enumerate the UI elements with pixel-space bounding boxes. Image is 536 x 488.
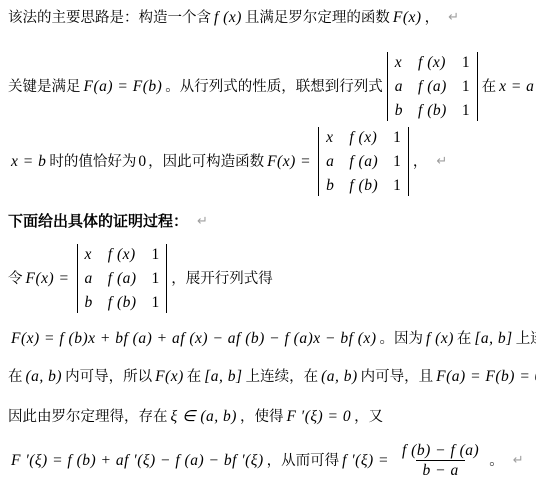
det-cell: f (b) xyxy=(108,294,137,311)
math-run: [a, b] xyxy=(204,367,242,387)
text-run: ，使得 xyxy=(240,407,284,427)
paragraph-key-condition: 关键是满足 F(a) = F(b) 。从行列式的性质，联想到行列式 x f (x… xyxy=(8,52,530,121)
det-cell: 1 xyxy=(462,78,470,95)
det-cell: x xyxy=(85,246,93,263)
paragraph-rolle-application: 因此由罗尔定理得，存在 ξ ∈ (a, b) ，使得 F ′(ξ) = 0 ，又 xyxy=(8,407,530,427)
det-cell: 1 xyxy=(462,54,470,71)
det-cell: 1 xyxy=(393,153,401,170)
math-run: F(x) = xyxy=(267,152,311,172)
fraction-denominator: b − a xyxy=(416,460,464,480)
text-run: 在 xyxy=(8,367,23,387)
paragraph-mark-icon: ↵ xyxy=(197,212,208,232)
det-cell: x xyxy=(326,129,334,146)
paragraph-mark-icon: ↵ xyxy=(448,8,459,28)
det-cell: f (b) xyxy=(349,177,378,194)
math-number: 0 xyxy=(138,152,146,172)
det-cell: 1 xyxy=(393,177,401,194)
det-cell: 1 xyxy=(152,294,160,311)
text-run: 时的值恰好为 xyxy=(49,152,136,172)
det-cell: a xyxy=(326,153,334,170)
math-run: f (x) xyxy=(426,329,454,349)
math-run: F(x) = xyxy=(26,269,70,289)
math-run: (a, b) xyxy=(321,367,358,387)
det-cell: a xyxy=(395,78,403,95)
det-cell: b xyxy=(85,294,93,311)
determinant-matrix: x f (x) 1 a f (a) 1 b f (b) 1 xyxy=(77,244,168,313)
text-run: 。 xyxy=(489,451,504,471)
fraction: f (b) − f (a) b − a xyxy=(396,441,485,480)
text-run: ，因此可构造函数 xyxy=(148,152,264,172)
determinant-matrix: x f (x) 1 a f (a) 1 b f (b) 1 xyxy=(318,127,409,196)
math-run: x = a xyxy=(499,77,534,97)
math-run: ξ ∈ (a, b) xyxy=(171,407,237,427)
paragraph-construct-function: x = b 时的值恰好为 0 ，因此可构造函数 F(x) = x f (x) 1… xyxy=(8,127,530,196)
paragraph-continuity: 在 (a, b) 内可导，所以 F(x) 在 [a, b] 上连续，在 (a, … xyxy=(8,367,530,387)
math-run: (a, b) xyxy=(26,367,63,387)
text-run: 。因为 xyxy=(379,329,423,349)
text-run: ， xyxy=(425,8,440,28)
det-cell: f (x) xyxy=(418,54,447,71)
paragraph-intro: 该法的主要思路是：构造一个含 f (x) 且满足罗尔定理的函数 F(x) ， ↵ xyxy=(8,8,530,28)
text-run: 在 xyxy=(482,77,497,97)
det-cell: 1 xyxy=(152,246,160,263)
text-run: 因此由罗尔定理得，存在 xyxy=(8,407,168,427)
text-run: 。从行列式的性质，联想到行列式 xyxy=(165,77,383,97)
text-run: ， xyxy=(413,152,428,172)
section-heading: 下面给出具体的证明过程： ↵ xyxy=(8,212,530,232)
det-cell: f (x) xyxy=(108,246,137,263)
text-run: 在 xyxy=(187,367,202,387)
text-run: 内可导，且 xyxy=(361,367,434,387)
math-run: F ′(ξ) = 0 xyxy=(286,407,351,427)
text-run: 且满足罗尔定理的函数 xyxy=(245,8,390,28)
fraction-numerator: f (b) − f (a) xyxy=(396,441,485,460)
text-run: ，展开行列式得 xyxy=(171,269,273,289)
text-run: 上连续， xyxy=(516,329,536,349)
text-run: ，从而可得 xyxy=(267,451,340,471)
math-run: F ′(ξ) = f (b) + af ′(ξ) − f (a) − bf ′(… xyxy=(11,451,264,471)
det-cell: 1 xyxy=(393,129,401,146)
math-run: x = b xyxy=(11,152,46,172)
text-run: 关键是满足 xyxy=(8,77,81,97)
math-run: F(x) xyxy=(155,367,184,387)
math-run: F(x) = f (b)x + bf (a) + af (x) − af (b)… xyxy=(11,329,376,349)
document-page: 该法的主要思路是：构造一个含 f (x) 且满足罗尔定理的函数 F(x) ， ↵… xyxy=(0,0,536,488)
det-cell: 1 xyxy=(462,102,470,119)
math-run: [a, b] xyxy=(474,329,512,349)
text-run: 该法的主要思路是：构造一个含 xyxy=(8,8,211,28)
det-cell: f (a) xyxy=(108,270,137,287)
math-run: F(a) = F(b) = 0 xyxy=(436,367,536,387)
det-cell: 1 xyxy=(152,270,160,287)
det-cell: f (b) xyxy=(418,102,447,119)
det-cell: f (a) xyxy=(418,78,447,95)
text-run: 上连续，在 xyxy=(246,367,319,387)
paragraph-let-function: 令 F(x) = x f (x) 1 a f (a) 1 b f (b) 1 ，… xyxy=(8,244,530,313)
paragraph-expanded-formula: F(x) = f (b)x + bf (a) + af (x) − af (b)… xyxy=(8,329,530,349)
determinant-matrix: x f (x) 1 a f (a) 1 b f (b) 1 xyxy=(387,52,478,121)
text-run: 在 xyxy=(457,329,472,349)
det-cell: f (x) xyxy=(349,129,378,146)
det-cell: f (a) xyxy=(349,153,378,170)
text-run: ，又 xyxy=(354,407,383,427)
paragraph-mark-icon: ↵ xyxy=(513,451,524,471)
text-run: 令 xyxy=(8,269,23,289)
math-run: f ′(ξ) = xyxy=(342,451,389,471)
paragraph-mark-icon: ↵ xyxy=(436,152,447,172)
det-cell: x xyxy=(395,54,403,71)
heading-text: 下面给出具体的证明过程： xyxy=(8,212,188,232)
math-run: F(x) xyxy=(393,8,422,28)
det-cell: b xyxy=(395,102,403,119)
det-cell: a xyxy=(85,270,93,287)
math-run: f (x) xyxy=(214,8,242,28)
paragraph-conclusion: F ′(ξ) = f (b) + af ′(ξ) − f (a) − bf ′(… xyxy=(8,441,530,480)
text-run: 内可导，所以 xyxy=(65,367,152,387)
det-cell: b xyxy=(326,177,334,194)
math-run: F(a) = F(b) xyxy=(84,77,163,97)
